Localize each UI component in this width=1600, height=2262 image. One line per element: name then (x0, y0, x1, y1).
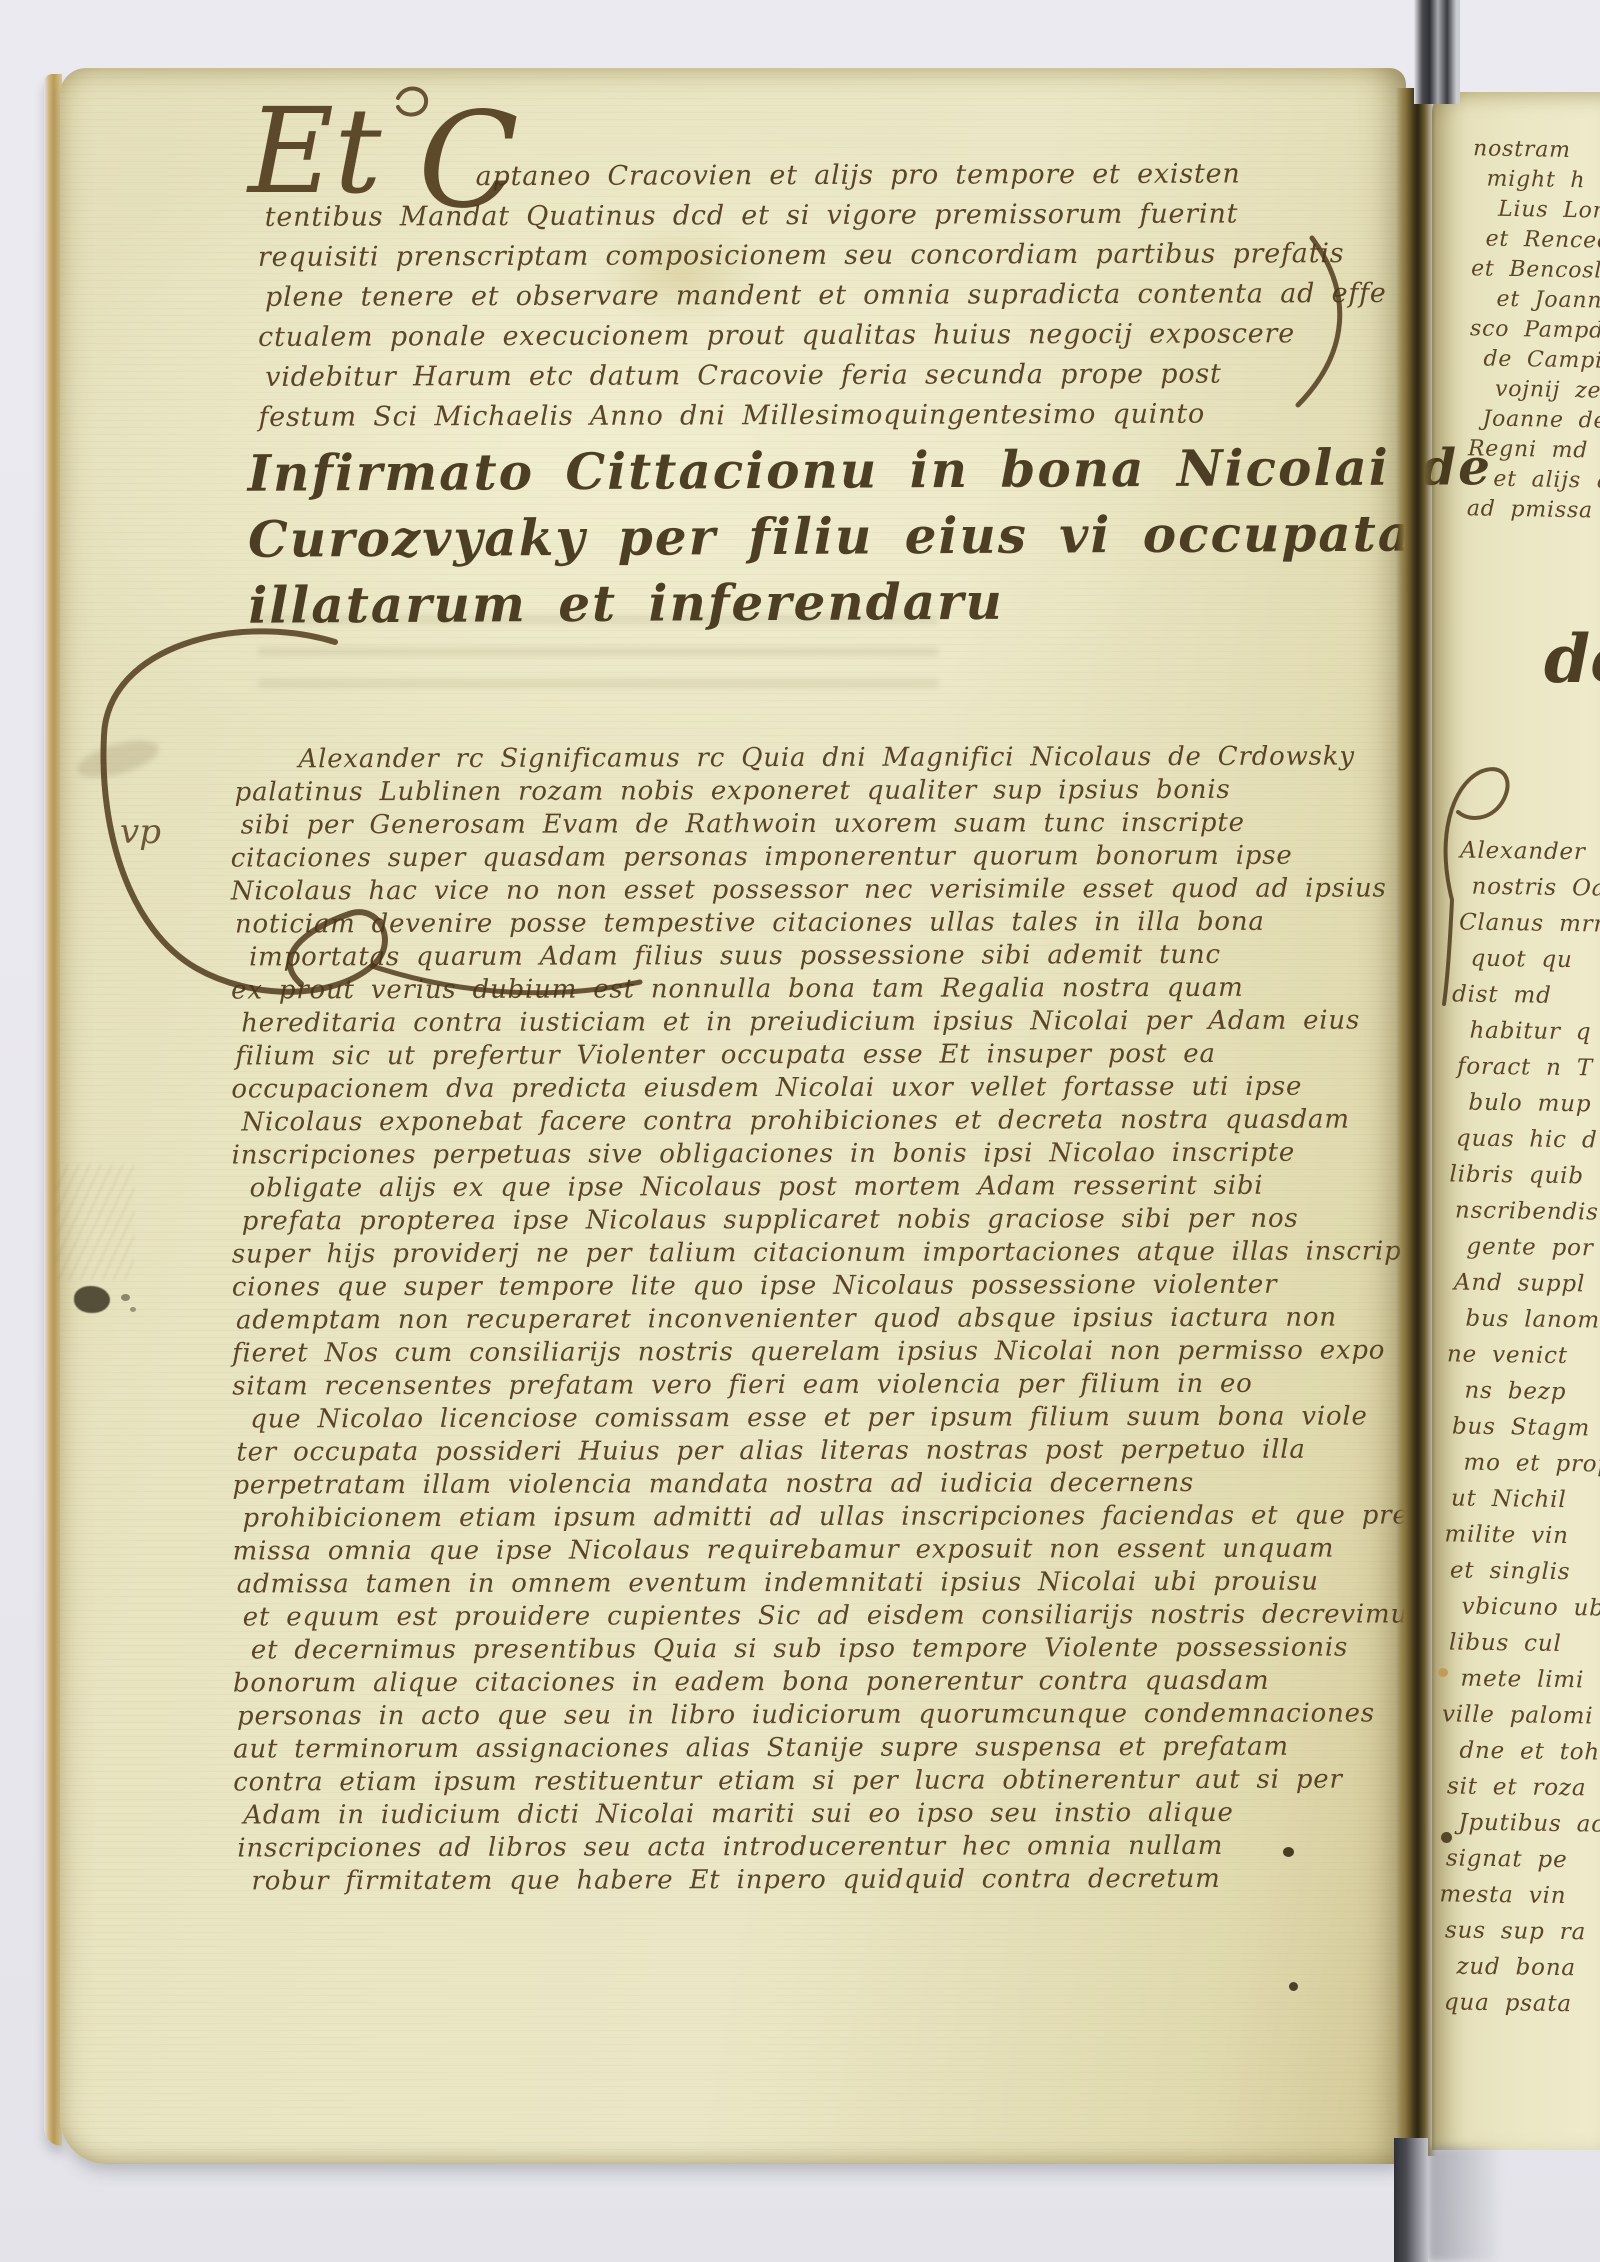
handwritten-text-line: festum Sci Michaelis Anno dni Millesimoq… (258, 394, 1358, 438)
handwritten-text-line: dne et tohde (1459, 1733, 1600, 1772)
handwritten-text-line: contra etiam ipsum restituentur etiam si… (233, 1764, 1363, 1800)
handwritten-text-line: vojnij zeud (1495, 375, 1600, 408)
handwritten-text-line: et equum est prouidere cupientes Sic ad … (243, 1599, 1363, 1635)
handwritten-text-line: robur firmitatem que habere Et inpero qu… (251, 1863, 1363, 1899)
handwritten-text-line: libris quib (1449, 1156, 1600, 1195)
handwritten-text-line: ns bezp (1464, 1373, 1600, 1412)
handwritten-text-line: bonorum alique citaciones in eadem bona … (233, 1665, 1363, 1701)
margin-note: vp (120, 812, 161, 852)
handwritten-text-line: Infirmato Cittacionu in bona Nicolai de (247, 435, 1287, 506)
facing-heading-fragment: do (1544, 620, 1600, 698)
handwritten-text-line: quot qu (1470, 941, 1600, 980)
handwritten-text-line: et Joanne (1496, 285, 1600, 318)
handwritten-text-line: occupacionem dva predicta eiusdem Nicola… (231, 1071, 1361, 1107)
handwritten-text-line: Alexander (1460, 833, 1600, 872)
handwritten-text-line: Curozvyaky per filiu eius vi occupata (248, 501, 1288, 572)
handwritten-text-line: Regni md (1468, 434, 1600, 467)
handwritten-text-line: ne venict (1447, 1336, 1600, 1375)
facing-body-fragments: Alexandernostris OalClanus mrnquot qudis… (1444, 833, 1600, 2024)
ink-speck (130, 1307, 136, 1312)
handwritten-text-line: de Campi (1483, 344, 1600, 377)
handwritten-text-line: nostram (1473, 134, 1600, 167)
handwritten-text-line: prohibicionem etiam ipsum admitti ad ull… (242, 1500, 1362, 1536)
handwritten-text-line: ad pmissa (1467, 494, 1600, 527)
handwritten-text-line: tentibus Mandat Quatinus dcd et si vigor… (265, 194, 1358, 238)
handwritten-text-line: et decernimus presentibus Quia si sub ip… (251, 1632, 1363, 1668)
ink-speck (121, 1294, 130, 1301)
handwritten-text-line: sibi per Generosam Evam de Rathwoin uxor… (241, 807, 1361, 843)
handwritten-text-line: requisiti prenscriptam composicionem seu… (258, 234, 1358, 278)
handwritten-text-line: filium sic ut prefertur Violenter occupa… (235, 1038, 1361, 1074)
handwritten-text-line: que Nicolao licenciose comissam esse et … (250, 1401, 1362, 1437)
handwritten-text-line: Adam in iudicium dicti Nicolai mariti su… (243, 1797, 1363, 1833)
photo-of-open-manuscript-book: do Et C aptaneo Cracovien et alijs pro t… (0, 0, 1600, 2262)
handwritten-text-line: ciones que super tempore lite quo ipse N… (232, 1269, 1362, 1305)
handwritten-text-line: zud bona (1456, 1949, 1600, 1988)
handwritten-text-line: personas in acto que seu in libro iudici… (237, 1698, 1363, 1734)
handwritten-text-line: noticiam devenire posse tempestive citac… (235, 906, 1361, 942)
opening-paragraph: aptaneo Cracovien et alijs pro tempore e… (258, 154, 1359, 438)
handwritten-text-line: milite vin (1444, 1516, 1600, 1555)
handwritten-text-line: Nicolaus exponebat facere contra prohibi… (241, 1104, 1361, 1140)
handwritten-text-line: habitur q est (1469, 1013, 1600, 1052)
handwritten-text-line: bus lanom (1465, 1301, 1600, 1340)
handwritten-text-line: videbitur Harum etc datum Cracovie feria… (265, 354, 1358, 398)
handwritten-text-line: palatinus Lublinen rozam nobis exponeret… (235, 774, 1361, 810)
handwritten-text-line: sitam recensentes prefatam vero fieri ea… (232, 1368, 1362, 1404)
handwritten-text-line: illatarum et inferendaru (248, 567, 1288, 638)
handwritten-text-line: sus sup ra (1445, 1912, 1600, 1951)
handwritten-text-line: ut Nichil (1451, 1480, 1600, 1519)
handwritten-text-line: fieret Nos cum consiliarijs nostris quer… (232, 1335, 1362, 1371)
handwritten-text-line: nostris Oal (1471, 869, 1600, 908)
handwritten-text-line: signat pe (1446, 1840, 1600, 1879)
handwritten-text-line: sco Pampd (1470, 314, 1600, 347)
handwritten-text-line: prefata propterea ipse Nicolaus supplica… (242, 1203, 1362, 1239)
handwritten-text-line: ter occupata possideri Huius per alias l… (236, 1434, 1362, 1470)
handwritten-text-line: Lius Lomd (1498, 195, 1600, 228)
handwritten-text-line: ville palomi (1442, 1696, 1600, 1735)
handwritten-text-line: foract n T (1457, 1049, 1600, 1088)
handwritten-text-line: admissa tamen in omnem eventum indemnita… (237, 1566, 1363, 1602)
handwritten-text-line: sit et roza (1447, 1768, 1600, 1807)
handwritten-text-line: libus cul (1449, 1624, 1600, 1663)
body-paragraph: Alexander rc Significamus rc Quia dni Ma… (230, 741, 1363, 1899)
handwritten-text-line: Clanus mrn (1459, 905, 1600, 944)
handwritten-text-line: And suppl (1454, 1264, 1600, 1303)
handwritten-text-line: mete limi (1460, 1661, 1600, 1700)
handwritten-text-line: super hijs providerj ne per talium citac… (232, 1236, 1362, 1272)
facing-top-fragments: nostrammight hLius Lomdet Rencecet Benco… (1467, 134, 1600, 527)
handwritten-text-line: aptaneo Cracovien et alijs pro tempore e… (258, 154, 1358, 198)
margin-dot (1289, 1982, 1298, 1991)
handwritten-text-line: mesta vin (1439, 1876, 1600, 1915)
handwritten-text-line: perpetratam illam violencia mandata nost… (232, 1467, 1362, 1503)
handwritten-text-line: Nicolaus hac vice no non esset possessor… (231, 873, 1361, 909)
facing-page-dot (1441, 1832, 1452, 1843)
handwritten-text-line: bulo mup (1468, 1085, 1600, 1124)
handwritten-text-line: importatas quarum Adam filius suus posse… (249, 939, 1361, 975)
handwritten-text-line: et Rencec (1485, 225, 1600, 258)
handwritten-text-line: aut terminorum assignaciones alias Stani… (233, 1731, 1363, 1767)
handwritten-text-line: quas hic d (1456, 1120, 1600, 1159)
handwritten-text-line: dist md (1452, 976, 1600, 1015)
book-clamp-rod-bottom (1394, 2138, 1428, 2262)
handwritten-text-line: mo et prop (1463, 1445, 1600, 1484)
handwritten-text-line: citaciones super quasdam personas impone… (231, 840, 1361, 876)
handwritten-text-line: qua psata (1444, 1984, 1600, 2023)
handwritten-text-line: might h (1486, 165, 1600, 198)
handwritten-text-line: obligate alijs ex que ipse Nicolaus post… (250, 1170, 1362, 1206)
offset-text-impression (56, 1164, 134, 1280)
ink-blot (74, 1286, 110, 1313)
handwritten-text-line: et alijs q (1493, 465, 1600, 498)
handwritten-text-line: inscripciones ad libros seu acta introdu… (237, 1830, 1363, 1866)
section-heading: Infirmato Cittacionu in bona Nicolai deC… (247, 435, 1288, 638)
handwritten-text-line: plene tenere et observare mandent et omn… (265, 274, 1358, 318)
handwritten-text-line: bus Stagm (1452, 1408, 1600, 1447)
book-clamp-rod-top (1414, 0, 1460, 104)
facing-page-speck (1438, 1668, 1448, 1677)
handwritten-text-line: vbicuno ub (1461, 1589, 1600, 1628)
page-edge-shadow-bottom (1428, 2146, 1498, 2262)
handwritten-text-line: ctualem ponale execucionem prout qualita… (258, 314, 1358, 358)
handwritten-text-line: Joanne de (1482, 404, 1600, 437)
handwritten-text-line: gente por (1466, 1229, 1600, 1268)
handwritten-text-line: inscripciones perpetuas sive obligacione… (232, 1137, 1362, 1173)
handwritten-text-line: Jputibus ac (1458, 1805, 1600, 1844)
handwritten-text-line: missa omnia que ipse Nicolaus requirebam… (233, 1533, 1363, 1569)
handwritten-text-line: ex prout verius dubium est nonnulla bona… (231, 972, 1361, 1008)
handwritten-text-line: et Bencosl (1471, 254, 1600, 287)
handwritten-text-line: nscribendis (1455, 1192, 1600, 1231)
handwritten-text-line: hereditaria contra iusticiam et in preiu… (241, 1005, 1361, 1041)
handwritten-text-line: ademptam non recuperaret inconvenienter … (236, 1302, 1362, 1338)
handwritten-text-line: Alexander rc Significamus rc Quia dni Ma… (230, 741, 1360, 777)
handwritten-text-line: et singlis (1450, 1552, 1600, 1591)
book-gutter-shadow (1396, 88, 1436, 2156)
